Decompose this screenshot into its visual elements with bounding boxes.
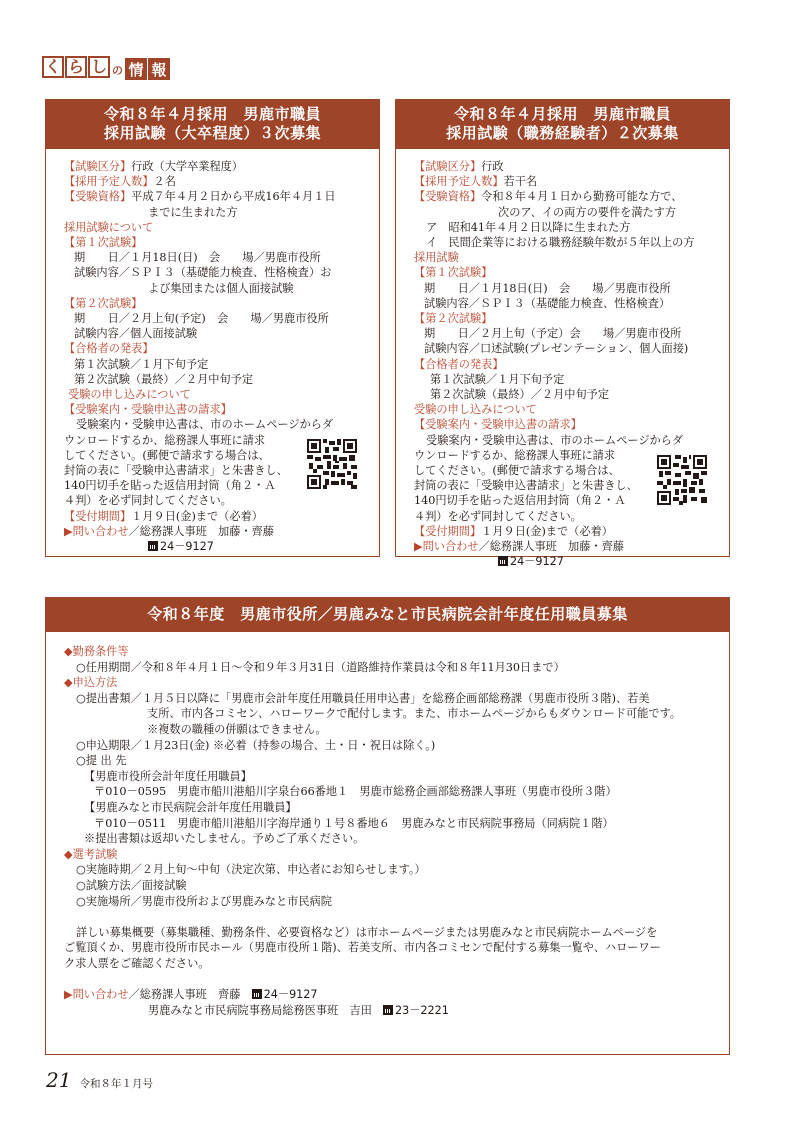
label: 【合格者の発表】 [64, 341, 365, 356]
value: 【男鹿みなと市民病院会計年度任用職員】 [64, 800, 709, 816]
card-title: 令和８年度 男鹿市役所／男鹿みなと市民病院会計年度任用職員募集 [46, 598, 729, 632]
phone-icon [252, 989, 262, 999]
value: 期 日／１月18日(日) 会 場／男鹿市役所 [414, 281, 715, 296]
value: よび集団または個人面接試験 [64, 281, 365, 296]
value: ○申込期限／１月23日(金) ※必着（持参の場合、土・日・祝日は除く。) [64, 738, 709, 754]
phone-number: 24－9127 [264, 988, 318, 1001]
header-particle: の [112, 62, 123, 78]
section-heading: ◆勤務条件等 [64, 644, 709, 660]
contact-label: ▶問い合わせ [64, 988, 129, 1001]
value: 行政（大学卒業程度） [131, 160, 243, 173]
subheading: 採用試験について [64, 220, 365, 235]
value: 第１次試験／１月下旬予定 [414, 372, 715, 387]
title-line: 令和８年４月採用 男鹿市職員 [396, 105, 729, 124]
value: 受験案内・受験申込書は、市のホームページからダ [414, 433, 715, 448]
page-footer: 21 令和８年１月号 [46, 1068, 153, 1092]
subheading: 受験の申し込みについて [64, 387, 365, 402]
value: 詳しい募集概要（募集職種、勤務条件、必要資格など）は市ホームページまたは男鹿みな… [64, 925, 709, 941]
value: ○実施時期／２月上旬～中旬（決定次第、申込者にお知らせします。） [64, 862, 709, 878]
label: 【受験資格】 [64, 190, 131, 203]
value: 〒010－0511 男鹿市船川港船川字海岸通り１号８番地６ 男鹿みなと市民病院事… [64, 816, 709, 832]
label: 【採用予定人数】 [64, 175, 154, 188]
label: 【第２次試験】 [64, 296, 365, 311]
contact-label: ▶問い合わせ [414, 540, 479, 553]
section-header: く ら し の 情 報 [42, 54, 170, 80]
label: 【合格者の発表】 [414, 357, 715, 372]
label: 【受験案内・受験申込書の請求】 [64, 402, 365, 417]
contact-value: ／総務課人事班 加藤・齊藤 [479, 540, 624, 553]
contact-value: ／総務課人事班 齊藤 [129, 988, 241, 1001]
label: 【受験案内・受験申込書の請求】 [414, 417, 715, 432]
label: 【第１次試験】 [414, 265, 715, 280]
phone-icon [148, 541, 158, 551]
value: 試験内容／個人面接試験 [64, 326, 365, 341]
section-heading: ◆選考試験 [64, 847, 709, 863]
value: ○提 出 先 [64, 753, 709, 769]
phone-number: 24－9127 [510, 555, 564, 568]
card-body: ◆勤務条件等 ○任用期間／令和８年４月１日～令和９年３月31日（道路維持作業員は… [46, 632, 729, 1028]
recruit-card-graduate: 令和８年４月採用 男鹿市職員 採用試験（大卒程度）３次募集 【試験区分】行政（大… [45, 99, 380, 557]
card-title: 令和８年４月採用 男鹿市職員 採用試験（職務経験者）２次募集 [396, 100, 729, 149]
value: までに生まれた方 [64, 205, 365, 220]
recruit-card-fiscal-year-staff: 令和８年度 男鹿市役所／男鹿みなと市民病院会計年度任用職員募集 ◆勤務条件等 ○… [45, 597, 730, 1055]
title-line: 採用試験（大卒程度）３次募集 [46, 124, 379, 143]
value: ○試験方法／面接試験 [64, 878, 709, 894]
header-char: し [88, 56, 110, 78]
value: ※提出書類は返却いたしません。予めご了承ください。 [64, 831, 709, 847]
header-char-filled: 情 [125, 58, 147, 80]
value: 受験案内・受験申込書は、市のホームページからダ [64, 417, 365, 432]
value: 支所、市内各コミセン、ハローワークで配付します。また、市ホームページからもダウン… [64, 706, 709, 722]
section-heading: ◆申込方法 [64, 675, 709, 691]
value: ○任用期間／令和８年４月１日～令和９年３月31日（道路維持作業員は令和８年11月… [64, 660, 709, 676]
value: イ 民間企業等における職務経験年数が５年以上の方 [414, 235, 715, 250]
header-char: ら [65, 56, 87, 78]
value: ご覧頂くか、男鹿市役所市民ホール（男鹿市役所１階)、若美支所、市内各コミセンで配… [64, 940, 709, 956]
value: 令和８年４月１日から勤務可能な方で、 [481, 190, 682, 203]
header-char-filled: 報 [148, 58, 170, 80]
label: 【試験区分】 [414, 160, 481, 173]
subheading: 受験の申し込みについて [414, 402, 715, 417]
contact-value: 男鹿みなと市民病院事務局総務医事班 吉田 [148, 1004, 372, 1017]
title-line: 令和８年４月採用 男鹿市職員 [46, 105, 379, 124]
title-line: 令和８年度 男鹿市役所／男鹿みなと市民病院会計年度任用職員募集 [46, 605, 729, 624]
contact-value: ／総務課人事班 加藤・齊藤 [129, 525, 274, 538]
value: 試験内容／ＳＰＩ３（基礎能力検査、性格検査） [414, 296, 715, 311]
value: 試験内容／口述試験(プレゼンテーション、個人面接) [414, 341, 715, 356]
value: 【男鹿市役所会計年度任用職員】 [64, 769, 709, 785]
value: １月９日(金)まで（必着） [131, 510, 263, 523]
value: 第２次試験（最終）／２月中旬予定 [64, 372, 365, 387]
value: ４判）を必ず同封してください。 [64, 493, 365, 508]
value: 期 日／２月上旬(予定) 会 場／男鹿市役所 [64, 311, 365, 326]
value: ２名 [154, 175, 176, 188]
issue-label: 令和８年１月号 [79, 1076, 153, 1091]
value: １月９日(金)まで（必着） [481, 525, 613, 538]
value: 期 日／２月上旬（予定）会 場／男鹿市役所 [414, 326, 715, 341]
subheading: 採用試験 [414, 250, 715, 265]
phone-number: 23－2221 [395, 1004, 449, 1017]
label: 【受付期間】 [64, 510, 131, 523]
value: 試験内容／ＳＰＩ３（基礎能力検査、性格検査）お [64, 265, 365, 280]
value: 第２次試験（最終）／２月中旬予定 [414, 387, 715, 402]
value: 行政 [481, 160, 503, 173]
phone-icon [383, 1005, 393, 1015]
label: 【試験区分】 [64, 160, 131, 173]
value: 若干名 [504, 175, 538, 188]
contact-label: ▶問い合わせ [64, 525, 129, 538]
value: ア 昭和41年４月２日以降に生まれた方 [414, 220, 715, 235]
value: 平成７年４月２日から平成16年４月１日 [131, 190, 335, 203]
page-number: 21 [46, 1068, 71, 1092]
label: 【第２次試験】 [414, 311, 715, 326]
card-body: 【試験区分】行政 【採用予定人数】若干名 【受験資格】令和８年４月１日から勤務可… [396, 149, 729, 577]
label: 【受付期間】 [414, 525, 481, 538]
value: 第１次試験／１月下旬予定 [64, 357, 365, 372]
label: 【採用予定人数】 [414, 175, 504, 188]
value: 次のア、イの両方の要件を満たす方 [414, 205, 715, 220]
qr-code-icon[interactable] [657, 455, 707, 505]
title-line: 採用試験（職務経験者）２次募集 [396, 124, 729, 143]
value: ○提出書類／１月５日以降に「男鹿市会計年度任用職員任用申込書」を総務企画部総務課… [64, 691, 709, 707]
header-char: く [42, 56, 64, 78]
value: ※複数の職種の併願はできません。 [64, 722, 709, 738]
card-body: 【試験区分】行政（大学卒業程度） 【採用予定人数】２名 【受験資格】平成７年４月… [46, 149, 379, 562]
value: 〒010－0595 男鹿市船川港船川字泉台66番地１ 男鹿市総務企画部総務課人事… [64, 784, 709, 800]
value: ○実施場所／男鹿市役所および男鹿みなと市民病院 [64, 894, 709, 910]
label: 【受験資格】 [414, 190, 481, 203]
phone-icon [498, 556, 508, 566]
value: ４判）を必ず同封してください。 [414, 509, 715, 524]
recruit-card-experienced: 令和８年４月採用 男鹿市職員 採用試験（職務経験者）２次募集 【試験区分】行政 … [395, 99, 730, 557]
card-title: 令和８年４月採用 男鹿市職員 採用試験（大卒程度）３次募集 [46, 100, 379, 149]
phone-number: 24－9127 [160, 540, 214, 553]
qr-code-icon[interactable] [307, 439, 357, 489]
value: 期 日／１月18日(日) 会 場／男鹿市役所 [64, 250, 365, 265]
value: ク求人票をご確認ください。 [64, 956, 709, 972]
label: 【第１次試験】 [64, 235, 365, 250]
